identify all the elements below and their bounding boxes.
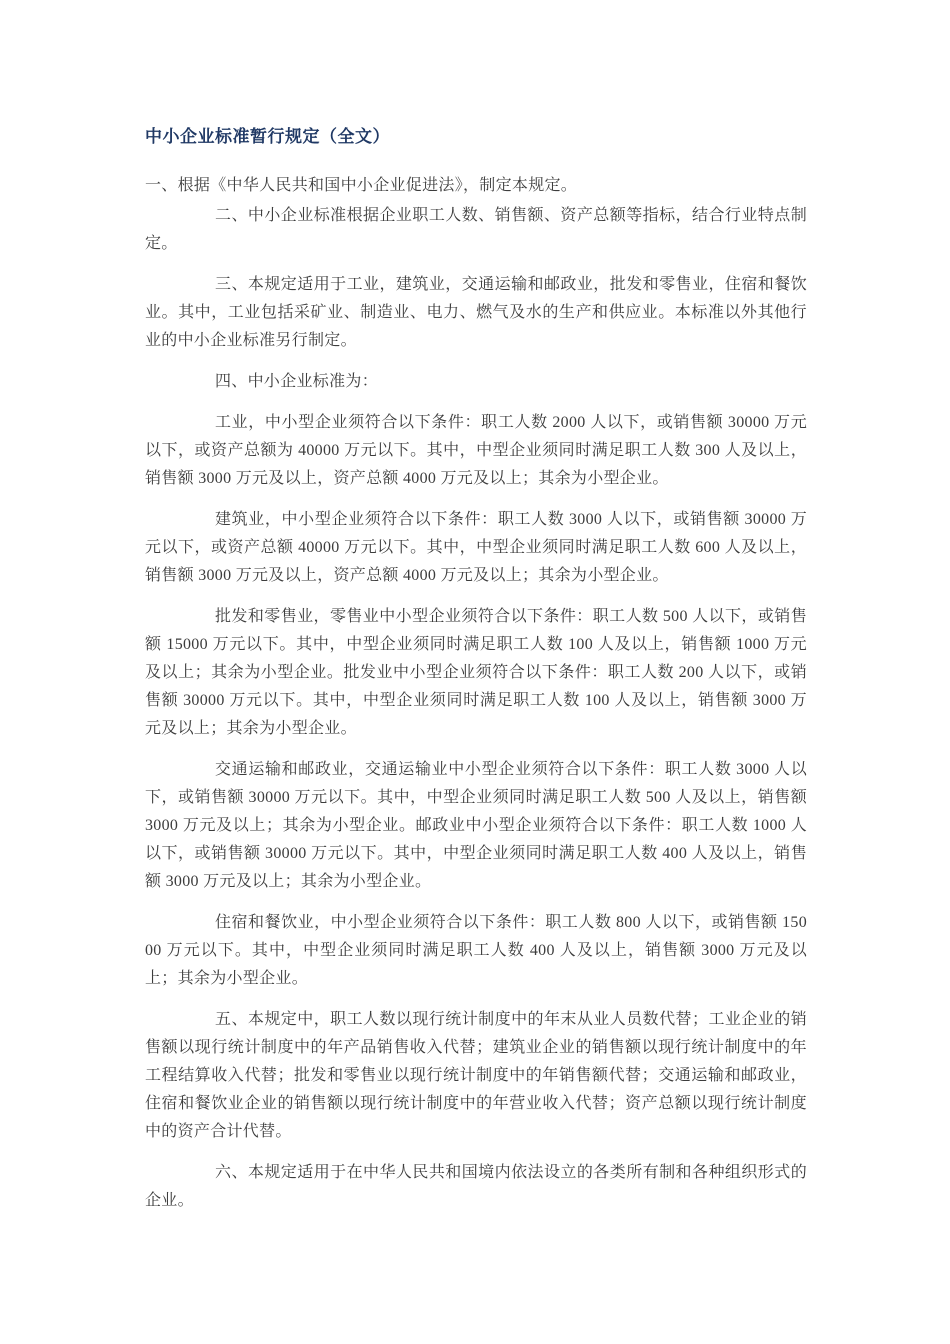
paragraph-article-5: 五、本规定中，职工人数以现行统计制度中的年末从业人员数代替；工业企业的销售额以现…	[145, 1006, 807, 1146]
paragraph-article-6: 六、本规定适用于在中华人民共和国境内依法设立的各类所有制和各种组织形式的企业。	[145, 1159, 807, 1215]
paragraph-article-2: 二、中小企业标准根据企业职工人数、销售额、资产总额等指标，结合行业特点制定。	[145, 202, 807, 258]
paragraph-article-4: 四、中小企业标准为：	[145, 368, 807, 396]
paragraph-article-4-hotel-catering: 住宿和餐饮业，中小型企业须符合以下条件：职工人数 800 人以下，或销售额 15…	[145, 909, 807, 993]
paragraph-article-4-industry: 工业，中小型企业须符合以下条件：职工人数 2000 人以下，或销售额 30000…	[145, 409, 807, 493]
document-page: 中小企业标准暂行规定（全文） 一、根据《中华人民共和国中小企业促进法》，制定本规…	[0, 0, 807, 1215]
paragraph-article-4-transport-post: 交通运输和邮政业，交通运输业中小型企业须符合以下条件：职工人数 3000 人以下…	[145, 756, 807, 896]
document-body: 一、根据《中华人民共和国中小企业促进法》，制定本规定。 二、中小企业标准根据企业…	[145, 172, 807, 1215]
paragraph-article-3: 三、本规定适用于工业，建筑业，交通运输和邮政业，批发和零售业，住宿和餐饮业。其中…	[145, 271, 807, 355]
document-title: 中小企业标准暂行规定（全文）	[145, 126, 807, 148]
paragraph-article-4-construction: 建筑业，中小型企业须符合以下条件：职工人数 3000 人以下，或销售额 3000…	[145, 506, 807, 590]
paragraph-article-4-wholesale-retail: 批发和零售业，零售业中小型企业须符合以下条件：职工人数 500 人以下，或销售额…	[145, 603, 807, 743]
paragraph-article-1: 一、根据《中华人民共和国中小企业促进法》，制定本规定。	[145, 172, 807, 200]
